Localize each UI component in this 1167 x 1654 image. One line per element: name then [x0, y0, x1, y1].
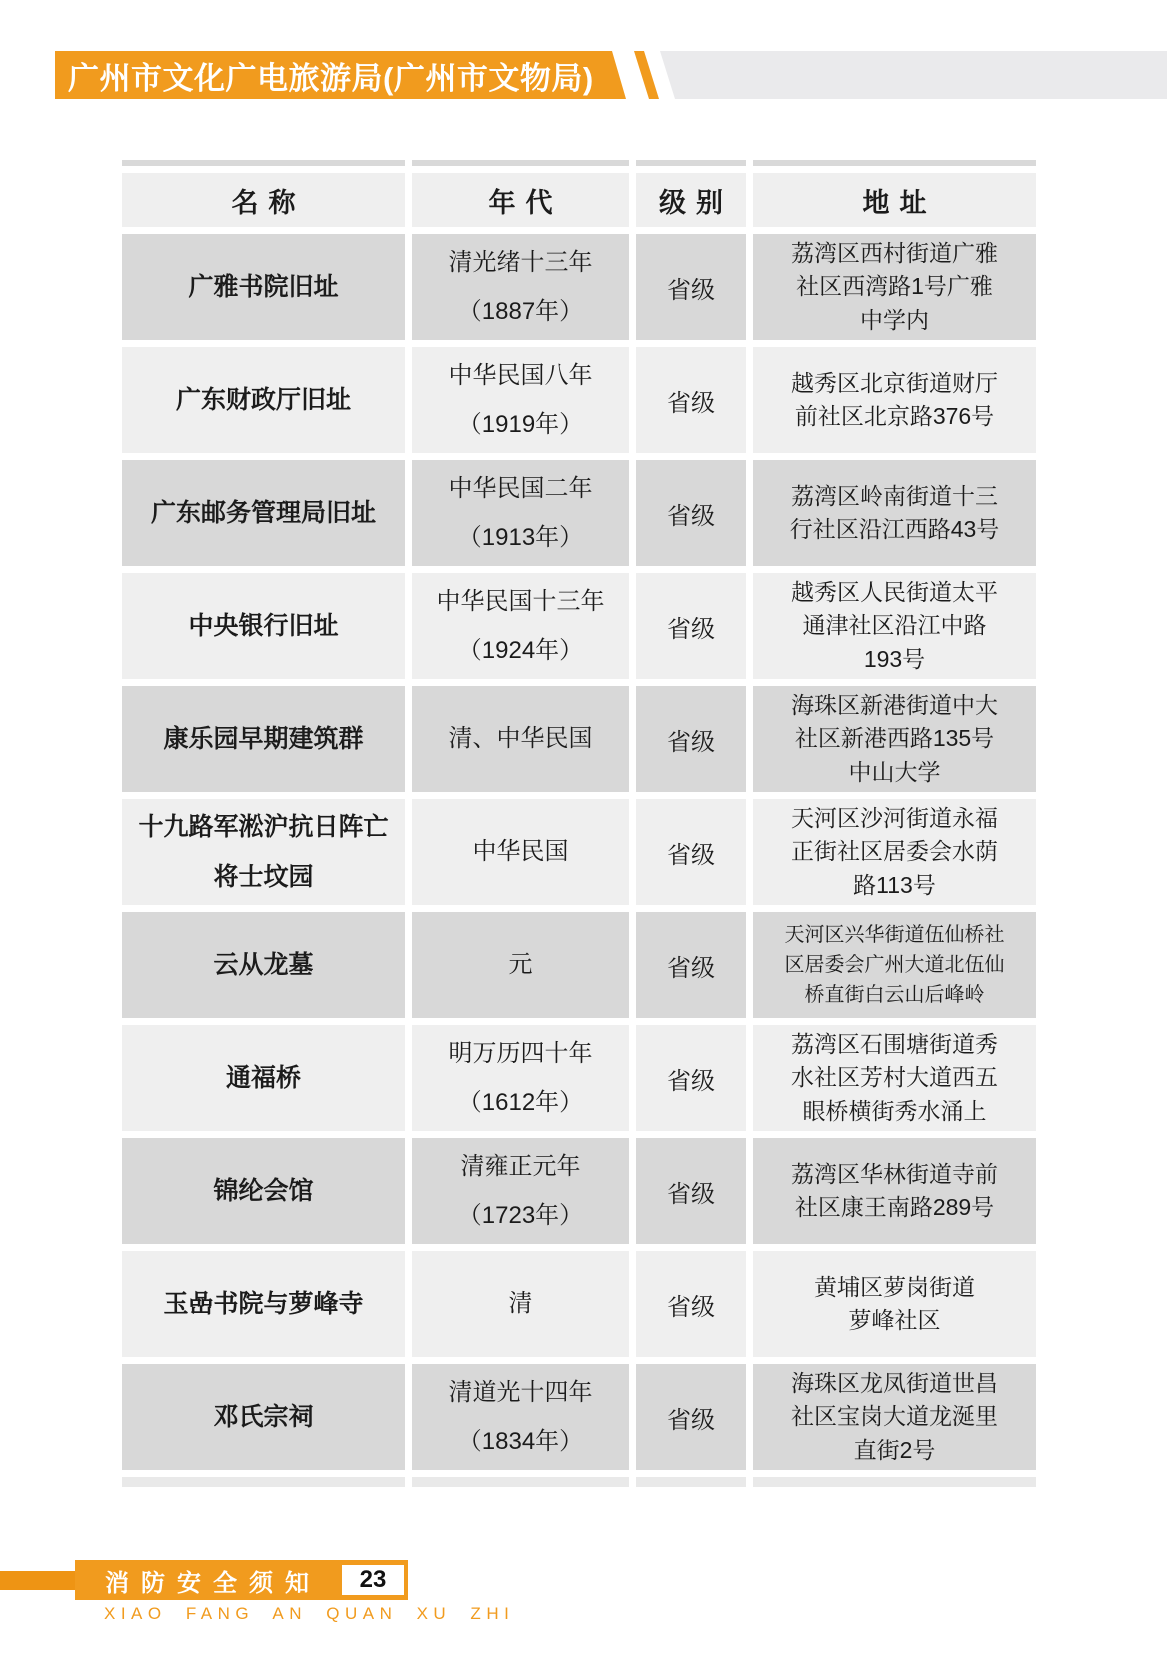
table-bottom-border	[412, 1477, 629, 1487]
header-banner-stripe	[634, 51, 659, 99]
site-era: 清、中华民国	[412, 686, 629, 792]
footer-section-title: 消防安全须知	[75, 1563, 321, 1598]
footer-bar: 消防安全须知 23	[75, 1560, 408, 1600]
site-address: 荔湾区西村街道广雅 社区西湾路1号广雅 中学内	[753, 234, 1036, 340]
site-level: 省级	[636, 799, 746, 905]
site-era: 元	[412, 912, 629, 1018]
column-header-level: 级别	[636, 173, 746, 227]
site-name: 广东财政厅旧址	[122, 347, 405, 453]
site-name: 十九路军淞沪抗日阵亡 将士坟园	[122, 799, 405, 905]
site-name: 玉嵒书院与萝峰寺	[122, 1251, 405, 1357]
site-level: 省级	[636, 573, 746, 679]
site-level: 省级	[636, 234, 746, 340]
page-title: 广州市文化广电旅游局(广州市文物局)	[55, 53, 594, 98]
footer-pinyin: XIAO FANG AN QUAN XU ZHI	[104, 1604, 514, 1624]
footer-left-strip	[0, 1571, 76, 1590]
site-era: 清道光十四年 （1834年）	[412, 1364, 629, 1470]
site-level: 省级	[636, 912, 746, 1018]
page-number: 23	[342, 1565, 404, 1595]
header-banner: 广州市文化广电旅游局(广州市文物局)	[55, 51, 626, 99]
site-address: 越秀区人民街道太平 通津社区沿江中路 193号	[753, 573, 1036, 679]
site-address: 海珠区龙凤街道世昌 社区宝岗大道龙涎里 直街2号	[753, 1364, 1036, 1470]
table-top-border	[636, 160, 746, 166]
site-level: 省级	[636, 347, 746, 453]
site-name: 云从龙墓	[122, 912, 405, 1018]
heritage-sites-table: 名称 年代 级别 地址 广雅书院旧址 清光绪十三年 （1887年） 省级 荔湾区…	[122, 160, 1036, 1487]
site-address: 海珠区新港街道中大 社区新港西路135号 中山大学	[753, 686, 1036, 792]
site-address: 黄埔区萝岗街道 萝峰社区	[753, 1251, 1036, 1357]
site-address: 天河区兴华街道伍仙桥社 区居委会广州大道北伍仙 桥直街白云山后峰岭	[753, 912, 1036, 1018]
table-bottom-border	[122, 1477, 405, 1487]
site-level: 省级	[636, 460, 746, 566]
table-top-border	[753, 160, 1036, 166]
site-address: 荔湾区岭南街道十三 行社区沿江西路43号	[753, 460, 1036, 566]
site-name: 广雅书院旧址	[122, 234, 405, 340]
site-name: 通福桥	[122, 1025, 405, 1131]
header-gray-bar	[660, 51, 1167, 99]
table-bottom-border	[636, 1477, 746, 1487]
site-era: 清雍正元年 （1723年）	[412, 1138, 629, 1244]
site-name: 邓氏宗祠	[122, 1364, 405, 1470]
site-level: 省级	[636, 1364, 746, 1470]
column-header-address: 地址	[753, 173, 1036, 227]
site-name: 锦纶会馆	[122, 1138, 405, 1244]
column-header-name: 名称	[122, 173, 405, 227]
table-top-border	[122, 160, 405, 166]
site-era: 清光绪十三年 （1887年）	[412, 234, 629, 340]
table-bottom-border	[753, 1477, 1036, 1487]
table-top-border	[412, 160, 629, 166]
column-header-era: 年代	[412, 173, 629, 227]
site-era: 中华民国二年 （1913年）	[412, 460, 629, 566]
site-level: 省级	[636, 1251, 746, 1357]
site-era: 中华民国十三年 （1924年）	[412, 573, 629, 679]
site-level: 省级	[636, 1025, 746, 1131]
site-address: 天河区沙河街道永福 正街社区居委会水荫 路113号	[753, 799, 1036, 905]
site-address: 越秀区北京街道财厅 前社区北京路376号	[753, 347, 1036, 453]
site-era: 中华民国	[412, 799, 629, 905]
site-name: 中央银行旧址	[122, 573, 405, 679]
site-era: 中华民国八年 （1919年）	[412, 347, 629, 453]
site-address: 荔湾区石围塘街道秀 水社区芳村大道西五 眼桥横街秀水涌上	[753, 1025, 1036, 1131]
site-address: 荔湾区华林街道寺前 社区康王南路289号	[753, 1138, 1036, 1244]
site-level: 省级	[636, 1138, 746, 1244]
site-era: 明万历四十年 （1612年）	[412, 1025, 629, 1131]
site-name: 康乐园早期建筑群	[122, 686, 405, 792]
site-era: 清	[412, 1251, 629, 1357]
document-page: 广州市文化广电旅游局(广州市文物局) 名称 年代 级别 地址 广雅书院旧址 清光…	[0, 0, 1167, 1654]
site-level: 省级	[636, 686, 746, 792]
site-name: 广东邮务管理局旧址	[122, 460, 405, 566]
